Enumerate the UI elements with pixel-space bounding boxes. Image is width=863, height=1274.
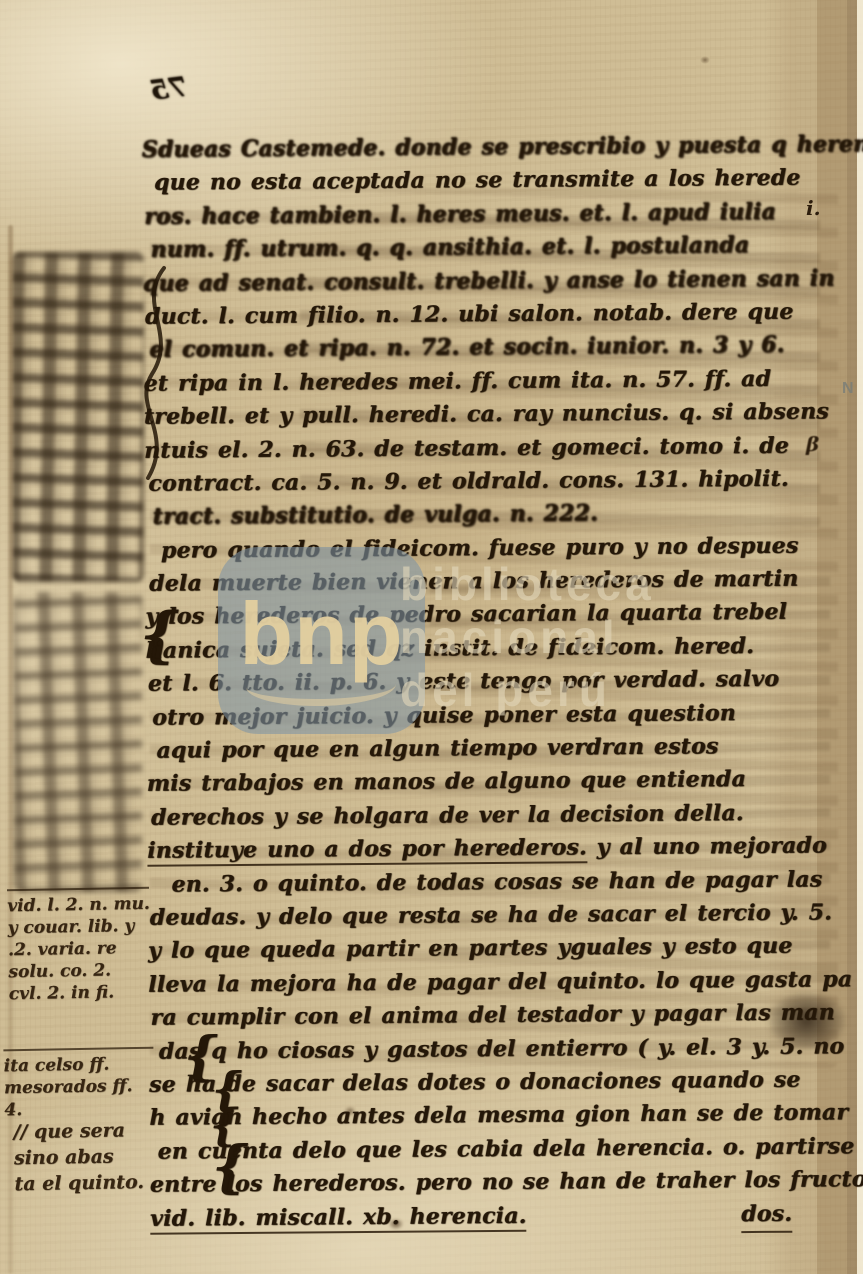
margin-ink-smudge <box>12 252 144 582</box>
manuscript-line-text: otro mejor juicio. y quise poner esta qu… <box>152 700 736 731</box>
manuscript-line-text: num. ff. utrum. q. q. ansithia. et. l. p… <box>150 232 749 263</box>
manuscript-line: aqui por que en algun tiempo verdran est… <box>146 729 846 768</box>
manuscript-line-text: lianica sujeta. sed qz instit. de fideic… <box>146 633 754 664</box>
manuscript-line: das q ho ciosas y gastos del entierro ( … <box>149 1030 849 1069</box>
margin-note-line: solu. co. 2. <box>8 959 150 983</box>
manuscript-line: ntuis el. 2. n. 63. de testam. et gomeci… <box>144 429 844 468</box>
manuscript-line-text: et ripa in l. heredes mei. ff. cum ita. … <box>144 366 772 397</box>
manuscript-line-text: dela muerte bien vienen a los herederos … <box>149 566 798 597</box>
manuscript-line-text: contract. ca. 5. n. 9. et oldrald. cons.… <box>148 466 789 497</box>
manuscript-line-text: y lo que queda partir en partes yguales … <box>148 933 793 964</box>
manuscript-line: num. ff. utrum. q. q. ansithia. et. l. p… <box>142 228 842 267</box>
manuscript-line-text: en cuenta delo que les cabia dela herenc… <box>158 1133 855 1164</box>
manuscript-line: ros. hace tambien. l. heres meus. et. l.… <box>142 195 842 234</box>
manuscript-line: h avian hecho antes dela mesma gion han … <box>149 1097 849 1136</box>
manuscript-line-text: en. 3. o quinto. de todas cosas se han d… <box>171 866 822 897</box>
manuscript-scan: 75 { { { { { Sdueas Castemede. donde se … <box>0 0 863 1274</box>
manuscript-line-text: vid. lib. miscall. xb. herencia. <box>150 1202 527 1234</box>
manuscript-line-text: instituye uno a dos por herederos. <box>147 834 587 866</box>
manuscript-line: pero quando el fideicom. fuese puro y no… <box>145 529 845 568</box>
manuscript-line: y los herederos de pedro sacarian la qua… <box>145 596 845 635</box>
manuscript-line: y lo que queda partir en partes yguales … <box>148 930 848 969</box>
stray-watermark-fragment: N <box>842 380 854 398</box>
manuscript-line-text: mis trabajos en manos de alguno que enti… <box>147 766 746 797</box>
manuscript-line-text: entre los herederos. pero no se han de t… <box>150 1166 863 1198</box>
ink-fleck <box>700 56 710 64</box>
manuscript-line: que ad senat. consult. trebelli. y anse … <box>143 262 843 301</box>
manuscript-line-text: el comun. et ripa. n. 72. et socin. iuni… <box>149 332 784 363</box>
manuscript-line-text: derechos y se holgara de ver la decision… <box>151 800 744 831</box>
manuscript-line-text: y al uno mejorado <box>587 833 827 861</box>
manuscript-line-text: duct. l. cum filio. n. 12. ubi salon. no… <box>145 299 794 330</box>
folio-number-bleedthrough: 75 <box>148 72 189 107</box>
manuscript-line: en. 3. o quinto. de todas cosas se han d… <box>147 863 847 902</box>
margin-note-line: // que sera <box>13 1117 163 1146</box>
manuscript-line: el comun. et ripa. n. 72. et socin. iuni… <box>143 329 843 368</box>
manuscript-line-text: das q ho ciosas y gastos del entierro ( … <box>159 1033 845 1064</box>
manuscript-line: dela muerte bien vienen a los herederos … <box>145 562 845 601</box>
manuscript-line: contract. ca. 5. n. 9. et oldrald. cons.… <box>144 462 844 501</box>
manuscript-line-text: lleva la mejora ha de pagar del quinto. … <box>148 966 852 998</box>
manuscript-line-text: trebell. et y pull. heredi. ca. ray nunc… <box>144 399 829 430</box>
manuscript-line-text: h avian hecho antes dela mesma gion han … <box>149 1100 848 1131</box>
margin-note-line: vid. l. 2. n. mu. <box>7 893 149 917</box>
margin-note-citation: ita celso ff.mesorados ff.4. <box>3 1047 154 1122</box>
manuscript-line: derechos y se holgara de ver la decision… <box>147 796 847 835</box>
manuscript-line-text: ros. hace tambien. l. heres meus. et. l.… <box>144 199 776 230</box>
manuscript-line-text: tract. substitutio. de vulga. n. 222. <box>153 500 598 529</box>
manuscript-line-text: se ha de sacar delas dotes o donaciones … <box>149 1067 801 1098</box>
margin-note-line: y couar. lib. y <box>7 915 149 939</box>
margin-note-line: ta el quinto. <box>14 1169 164 1198</box>
manuscript-text-block: Sdueas Castemede. donde se prescribio y … <box>142 128 851 1235</box>
manuscript-line-text: Sdueas Castemede. donde se prescribio y … <box>142 130 863 163</box>
manuscript-line-text: deudas. y delo que resta se ha de sacar … <box>150 899 832 930</box>
stray-ink-mark: β <box>806 432 819 456</box>
manuscript-line: otro mejor juicio. y quise poner esta qu… <box>146 696 846 735</box>
margin-note-citation: vid. l. 2. n. mu.y couar. lib. y.2. vari… <box>7 887 151 1005</box>
margin-note-line: cvl. 2. in fi. <box>9 981 151 1005</box>
manuscript-line: instituye uno a dos por herederos. y al … <box>147 829 847 868</box>
manuscript-line: lleva la mejora ha de pagar del quinto. … <box>148 963 848 1002</box>
manuscript-line: trebell. et y pull. heredi. ca. ray nunc… <box>144 395 844 434</box>
manuscript-line: entre los herederos. pero no se han de t… <box>150 1163 850 1202</box>
manuscript-line-text: y los herederos de pedro sacarian la qua… <box>145 599 787 630</box>
manuscript-line: que no esta aceptada no se transmite a l… <box>142 162 842 201</box>
margin-ink-smudge <box>14 592 142 892</box>
manuscript-line-text: ra cumplir con el anima del testador y p… <box>151 1000 835 1031</box>
manuscript-line: lianica sujeta. sed qz instit. de fideic… <box>146 629 846 668</box>
manuscript-line: mis trabajos en manos de alguno que enti… <box>147 763 847 802</box>
manuscript-line-text: que ad senat. consult. trebelli. y anse … <box>143 265 835 296</box>
manuscript-line-text: que no esta aceptada no se transmite a l… <box>154 165 801 196</box>
manuscript-line-text-right: dos. <box>741 1197 792 1233</box>
margin-note-query: // que serasino abasta el quinto. <box>13 1117 164 1198</box>
manuscript-line: vid. lib. miscall. xb. herencia.dos. <box>150 1197 850 1236</box>
manuscript-line: en cuenta delo que les cabia dela herenc… <box>150 1130 850 1169</box>
manuscript-line: duct. l. cum filio. n. 12. ubi salon. no… <box>143 295 843 334</box>
manuscript-line: ra cumplir con el anima del testador y p… <box>149 996 849 1035</box>
margin-note-line: ita celso ff. <box>3 1053 153 1078</box>
manuscript-line-text: pero quando el fideicom. fuese puro y no… <box>161 532 799 563</box>
manuscript-line-text: aqui por que en algun tiempo verdran est… <box>156 733 718 763</box>
manuscript-line: Sdueas Castemede. donde se prescribio y … <box>142 128 842 167</box>
manuscript-line: se ha de sacar delas dotes o donaciones … <box>149 1063 849 1102</box>
manuscript-line-text: et l. 6. tto. ii. p. 6. y este tengo por… <box>148 666 779 697</box>
manuscript-line: tract. substitutio. de vulga. n. 222. <box>145 496 845 535</box>
margin-note-line: mesorados ff. <box>4 1075 154 1100</box>
manuscript-line: et l. 6. tto. ii. p. 6. y este tengo por… <box>146 663 846 702</box>
manuscript-line: deudas. y delo que resta se ha de sacar … <box>148 896 848 935</box>
manuscript-line: et ripa in l. heredes mei. ff. cum ita. … <box>144 362 844 401</box>
manuscript-line-text: ntuis el. 2. n. 63. de testam. et gomeci… <box>144 432 789 463</box>
margin-note-line: .2. varia. re <box>8 937 150 961</box>
margin-note-line: sino abas <box>14 1143 164 1172</box>
stray-ink-mark: i. <box>806 196 821 220</box>
